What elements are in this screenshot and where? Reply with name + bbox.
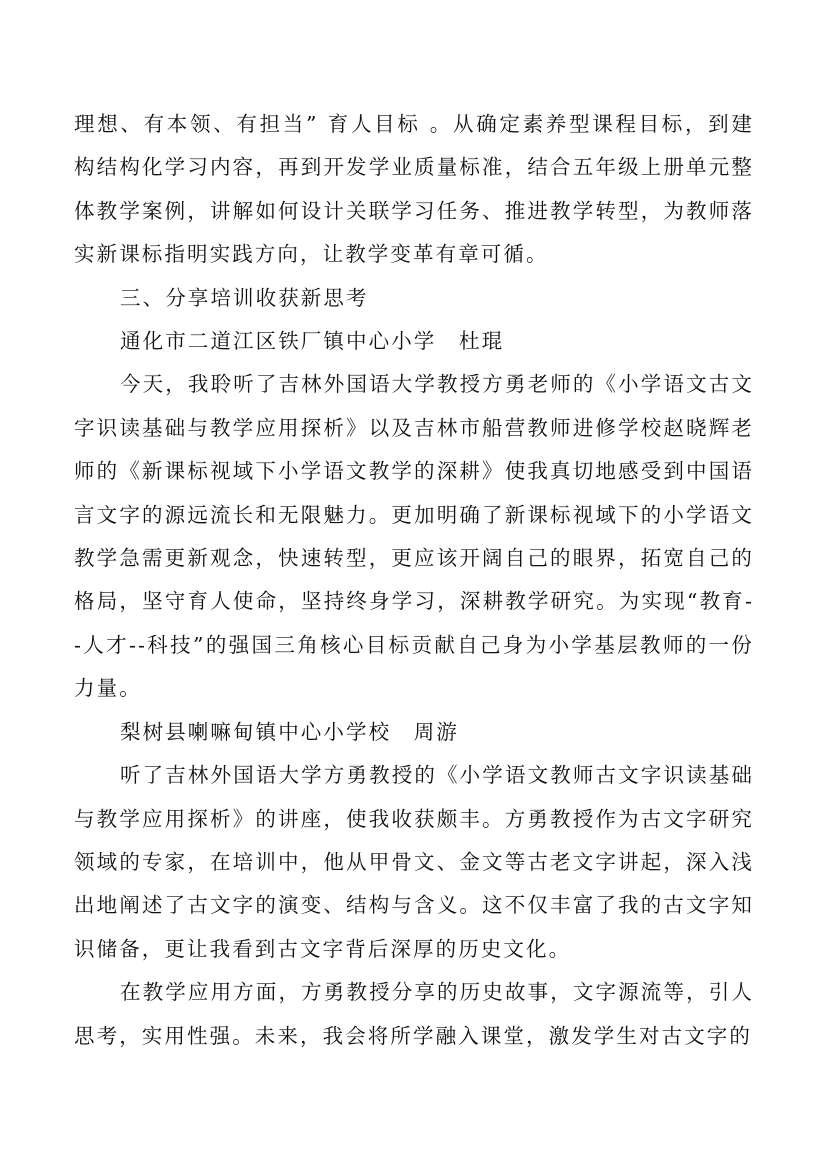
author-line: 通化市二道江区铁厂镇中心小学 杜琨 <box>74 320 754 363</box>
document-page: 理想、有本领、有担当” 育人目标 。从确定素养型课程目标，到建构结构化学习内容，… <box>74 103 754 1058</box>
paragraph-continuation: 理想、有本领、有担当” 育人目标 。从确定素养型课程目标，到建构结构化学习内容，… <box>74 103 754 277</box>
paragraph: 在教学应用方面，方勇教授分享的历史故事，文字源流等，引人思考，实用性强。未来，我… <box>74 971 754 1058</box>
section-heading: 三、分享培训收获新思考 <box>74 277 754 320</box>
paragraph: 今天，我聆听了吉林外国语大学教授方勇老师的《小学语文古文字识读基础与教学应用探析… <box>74 363 754 710</box>
paragraph: 听了吉林外国语大学方勇教授的《小学语文教师古文字识读基础与教学应用探析》的讲座，… <box>74 754 754 971</box>
author-line: 梨树县喇嘛甸镇中心小学校 周游 <box>74 711 754 754</box>
